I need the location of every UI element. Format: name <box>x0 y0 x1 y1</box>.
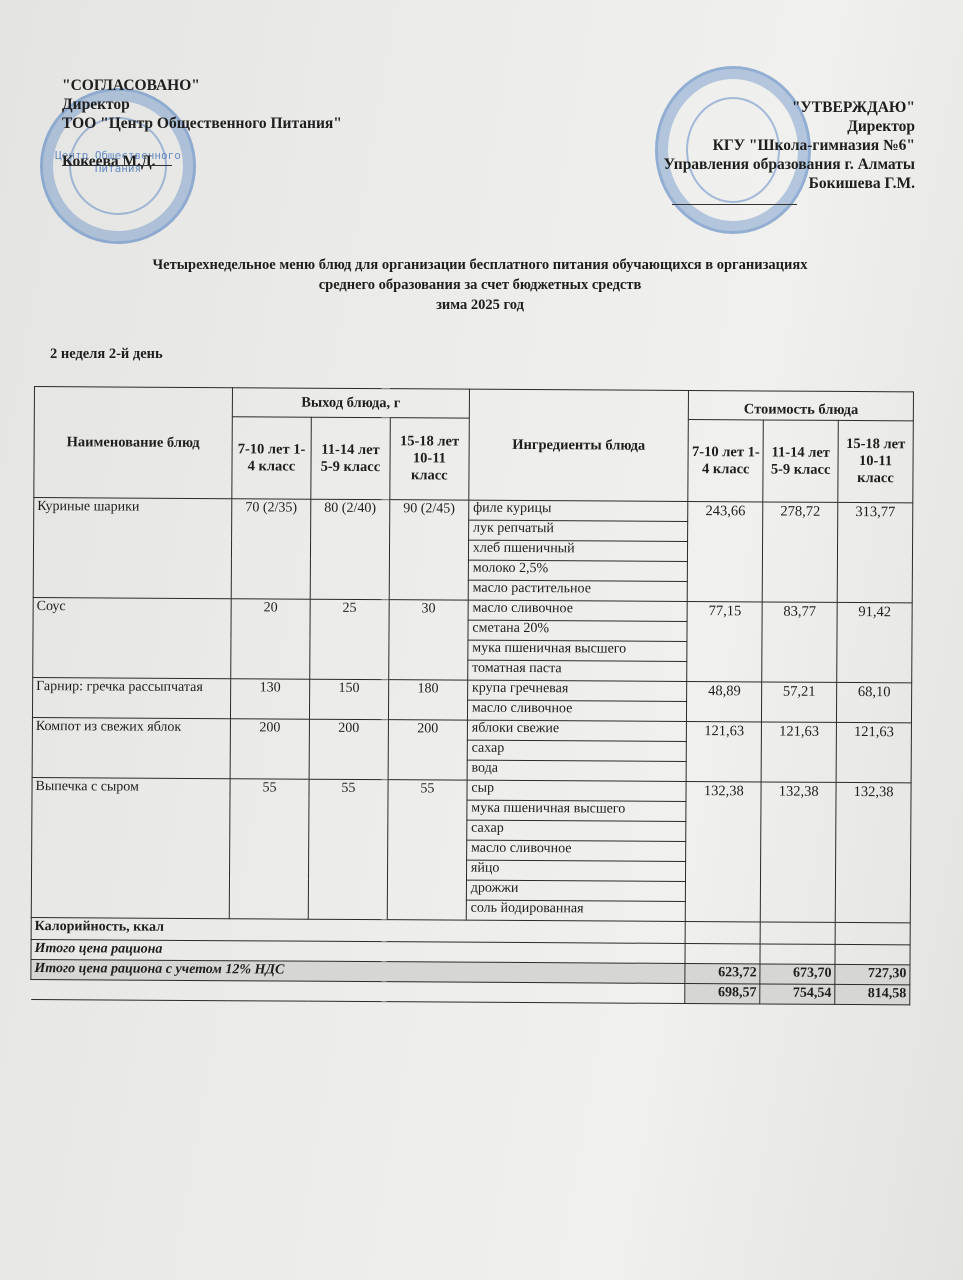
dish-name: Гарнир: гречка рассыпчатая <box>32 677 230 718</box>
title-line-3: зима 2025 год <box>40 295 920 315</box>
dish-row: Куриные шарики70 (2/35)80 (2/40)90 (2/45… <box>34 498 913 523</box>
dish-row: Гарнир: гречка рассыпчатая130150180крупа… <box>33 677 912 702</box>
header-output-age-1: 7-10 лет 1-4 класс <box>232 417 311 499</box>
dish-output-age-3: 30 <box>389 600 468 680</box>
ingredient-name: масло сливочное <box>468 600 688 621</box>
ingredient-name: сахар <box>467 740 687 761</box>
dish-output-age-1: 70 (2/35) <box>231 499 311 599</box>
approval-approved-block: "УТВЕРЖДАЮ" Директор КГУ "Школа-гимназия… <box>664 98 915 193</box>
dish-output-age-3: 200 <box>388 720 467 780</box>
dish-output-age-3: 90 (2/45) <box>389 500 469 600</box>
dish-output-age-3: 55 <box>387 780 467 920</box>
ingredient-name: масло сливочное <box>467 700 687 721</box>
ingredient-name: томатная паста <box>468 660 688 681</box>
dish-cost-age-2: 132,38 <box>760 782 836 922</box>
dish-cost-age-2: 278,72 <box>762 502 837 602</box>
approval-position: Директор <box>62 95 342 114</box>
title-line-1: Четырехнедельное меню блюд для организац… <box>40 255 920 275</box>
signature-line-right <box>672 204 797 205</box>
ingredient-name: мука пшеничная высшего <box>467 800 687 821</box>
ingredient-name: сахар <box>467 820 687 841</box>
dish-output-age-1: 130 <box>230 679 309 719</box>
dish-name: Куриные шарики <box>33 498 232 599</box>
approval-agreed-block: "СОГЛАСОВАНО" Директор ТОО "Центр Общест… <box>62 76 342 171</box>
total-vat-value-age-1: 698,57 <box>685 983 760 1003</box>
total-value-age-1: 623,72 <box>685 963 760 983</box>
approval-signatory: Бокишева Г.М. <box>664 174 915 193</box>
header-output-group: Выход блюда, г <box>232 388 469 418</box>
approval-organization: КГУ "Школа-гимназия №6" <box>664 136 915 155</box>
header-cost-group: Стоимость блюда <box>689 391 914 421</box>
header-cost-age-3: 15-18 лет 10-11 класс <box>838 420 913 502</box>
total-value-age-3: 727,30 <box>835 964 910 984</box>
menu-table: Наименование блюд Выход блюда, г Ингреди… <box>30 386 914 1005</box>
approval-heading: "УТВЕРЖДАЮ" <box>664 98 915 117</box>
dish-output-age-1: 55 <box>229 779 309 919</box>
dish-output-age-2: 200 <box>309 719 388 779</box>
dish-cost-age-1: 48,89 <box>687 681 762 721</box>
ingredient-name: молоко 2,5% <box>468 560 688 581</box>
approval-heading: "СОГЛАСОВАНО" <box>62 76 342 95</box>
ingredient-name: дрожжи <box>466 880 686 901</box>
ingredient-name: филе курицы <box>469 500 689 521</box>
dish-cost-age-2: 83,77 <box>762 602 837 682</box>
dish-output-age-1: 200 <box>230 719 309 779</box>
ingredient-name: сыр <box>467 780 687 801</box>
dish-cost-age-1: 77,15 <box>687 601 762 681</box>
ingredient-name: масло растительное <box>468 580 688 601</box>
dish-cost-age-1: 243,66 <box>688 501 763 601</box>
dish-output-age-1: 20 <box>231 599 310 679</box>
ingredient-name: лук репчатый <box>468 520 688 541</box>
day-label: 2 неделя 2-й день <box>50 346 163 363</box>
approval-organization: ТОО "Центр Общественного Питания" <box>62 114 342 133</box>
dish-name: Соус <box>33 597 231 678</box>
dish-output-age-2: 55 <box>308 779 388 919</box>
ingredient-name: яблоки свежие <box>467 720 687 741</box>
dish-row: Соус202530масло сливочное77,1583,7791,42 <box>33 597 912 622</box>
dish-row: Выпечка с сыром555555сыр132,38132,38132,… <box>32 777 911 802</box>
header-output-age-3: 15-18 лет 10-11 класс <box>390 418 469 500</box>
signature-line-left <box>62 165 172 166</box>
total-vat-value-age-2: 754,54 <box>760 984 835 1004</box>
header-ingredients: Ингредиенты блюда <box>469 389 689 501</box>
header-cost-age-1: 7-10 лет 1-4 класс <box>688 419 763 501</box>
ingredient-name: крупа гречневая <box>467 680 687 701</box>
total-value-age-2: 673,70 <box>760 964 835 984</box>
dish-cost-age-3: 68,10 <box>837 682 912 722</box>
dish-cost-age-2: 57,21 <box>762 682 837 722</box>
document-page: Центр Общественного Питания "СОГЛАСОВАНО… <box>0 0 963 1280</box>
document-title: Четырехнедельное меню блюд для организац… <box>40 255 920 315</box>
approval-department: Управления образования г. Алматы <box>664 155 915 174</box>
ingredient-name: сметана 20% <box>468 620 688 641</box>
header-cost-age-2: 11-14 лет 5-9 класс <box>763 420 838 502</box>
title-line-2: среднего образования за счет бюджетных с… <box>40 275 920 295</box>
dish-name: Компот из свежих яблок <box>32 717 230 778</box>
approval-position: Директор <box>664 117 915 136</box>
dish-output-age-3: 180 <box>388 680 467 720</box>
dish-output-age-2: 25 <box>310 599 389 679</box>
approval-signatory: Кокеева М.Д. <box>62 152 342 171</box>
ingredient-name: масло сливочное <box>466 840 686 861</box>
dish-name: Выпечка с сыром <box>31 777 230 918</box>
dish-cost-age-3: 121,63 <box>836 722 911 782</box>
ingredient-name: хлеб пшеничный <box>468 540 688 561</box>
ingredient-name: яйцо <box>466 860 686 881</box>
ingredient-name: мука пшеничная высшего <box>468 640 688 661</box>
ingredient-name: соль йодированная <box>466 900 686 921</box>
dish-cost-age-1: 132,38 <box>686 781 762 921</box>
dish-output-age-2: 150 <box>309 679 388 719</box>
total-vat-value-age-3: 814,58 <box>835 984 910 1004</box>
ingredient-name: вода <box>467 760 687 781</box>
header-output-age-2: 11-14 лет 5-9 класс <box>311 417 390 499</box>
total-vat-values-row: 698,57 754,54 814,58 <box>31 979 910 1004</box>
dish-cost-age-3: 91,42 <box>837 602 912 682</box>
dish-cost-age-3: 132,38 <box>835 782 911 922</box>
dish-cost-age-2: 121,63 <box>761 722 836 782</box>
dish-cost-age-1: 121,63 <box>686 721 761 781</box>
dish-output-age-2: 80 (2/40) <box>310 499 390 599</box>
dish-row: Компот из свежих яблок200200200яблоки св… <box>32 717 911 742</box>
header-dish-name: Наименование блюд <box>34 387 233 499</box>
dish-cost-age-3: 313,77 <box>837 502 913 602</box>
